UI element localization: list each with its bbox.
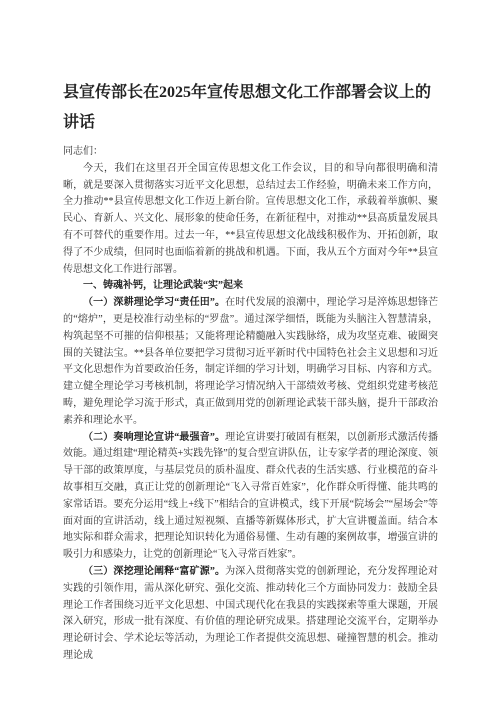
document-title: 县宣传部长在2025年宣传思想文化工作部署会议上的讲话 [63, 78, 438, 138]
paragraph-item-2: （二）奏响理论宣讲“最强音”。理论宣讲要打破固有框架，以创新形式激活传播效能。通… [63, 430, 438, 564]
paragraph-item-1-text: 在时代发展的浪潮中，理论学习是淬炼思想锋芒的“熔炉”，更是校准行动坐标的“罗盘”… [63, 297, 438, 426]
paragraph-item-1-lead: （一）深耕理论学习“责任田”。 [83, 297, 225, 308]
paragraph-item-3: （三）深挖理论阐释“富矿源”。为深入贯彻落实党的创新理论，充分发挥理论对实践的引… [63, 564, 438, 665]
paragraph-item-3-lead: （三）深挖理论阐释“富矿源”。 [83, 566, 225, 577]
document-page: 县宣传部长在2025年宣传思想文化工作部署会议上的讲话 同志们： 今天，我们在这… [0, 0, 500, 707]
paragraph-item-3-text: 为深入贯彻落实党的创新理论，充分发挥理论对实践的引领作用，需从深化研究、强化交流… [63, 566, 438, 661]
paragraph-item-1: （一）深耕理论学习“责任田”。在时代发展的浪潮中，理论学习是淬炼思想锋芒的“熔炉… [63, 295, 438, 429]
paragraph-item-2-lead: （二）奏响理论宣讲“最强音”。 [83, 432, 225, 443]
paragraph-item-2-text: 理论宣讲要打破固有框架，以创新形式激活传播效能。通过组建“理论精英+实践先锋”的… [63, 432, 438, 561]
intro-paragraph: 今天，我们在这里召开全国宣传思想文化工作会议，目的和导向都很明确和清晰，就是要深… [63, 161, 438, 279]
salutation: 同志们： [63, 144, 438, 161]
section-heading-1: 一、铸魂补钙，让理论武装“实”起来 [63, 278, 438, 295]
intro-paragraph-text: 今天，我们在这里召开全国宣传思想文化工作会议，目的和导向都很明确和清晰，就是要深… [63, 163, 438, 275]
